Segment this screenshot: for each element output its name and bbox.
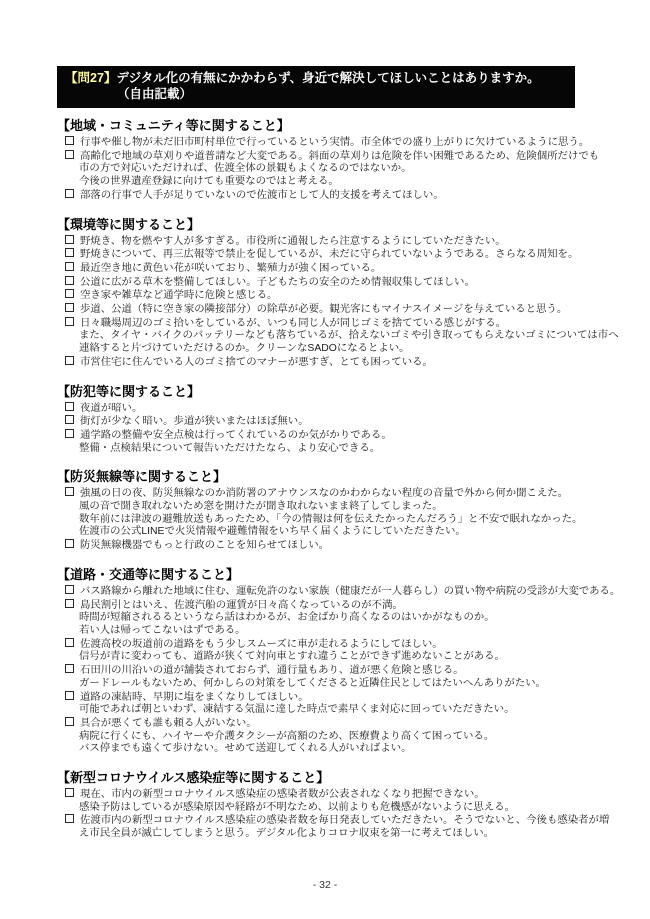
comment-line: 風の音で聞き取れないため窓を開けたが聞き取れないまま終了してしまった。 <box>57 501 597 514</box>
comment-line: 整備・点検結果について報告いただけたなら、より安心できる。 <box>57 443 597 456</box>
comment-text: 現在、市内の新型コロナウイルス感染症の感染者数が公表されなくなり把握できない。 <box>80 789 485 800</box>
comment-line: 強風の日の夜、防災無線なのか消防署のアナウンスなのかわからない程度の音量で外から… <box>57 487 597 501</box>
comment-line: 具合が悪くても誰も頼る人がいない。 <box>57 717 597 731</box>
comment-text: 道路の凍結時、早期に塩をまくなりしてほしい。 <box>80 692 309 703</box>
comment-item: 部落の行事で人手が足りていないので佐渡市として人的支援を考えてほしい。 <box>57 189 597 203</box>
checkbox-icon <box>65 235 74 244</box>
checkbox-icon <box>65 189 74 198</box>
checkbox-icon <box>65 487 74 496</box>
comment-item: 佐渡高校の坂道前の道路をもう少しスムーズに車が走れるようにしてほしい。信号が青に… <box>57 638 597 664</box>
checkbox-icon <box>65 585 74 594</box>
comment-line: 数年前には津波の避難放送もあったため、「今の情報は何を伝えたかったんだろう」と不… <box>57 514 597 527</box>
comment-text: 通学路の整備や安全点検は行ってくれているのか気がかりである。 <box>80 430 392 441</box>
comment-line: 野焼きについて、再三広報等で禁止を促しているが、未だに守られていないようである。… <box>57 248 597 262</box>
comment-item: 野焼き、物を燃やす人が多すぎる。市役所に通報したら注意するようにしていただきたい… <box>57 235 597 249</box>
comment-text: 時間が短縮されるるというなら話はわかるが、お金ばかり高くなるのはいかがなものか。 <box>79 612 495 623</box>
question-subtitle: （自由記載） <box>65 87 567 103</box>
section-heading: 【地域・コミュニティ等に関すること】 <box>57 118 597 133</box>
section-heading: 【環境等に関すること】 <box>57 217 597 232</box>
comment-text: 高齢化で地域の草刈りや道普請など大変である。斜面の草刈りは危険を伴い困難であるた… <box>80 151 599 162</box>
comment-item: 通学路の整備や安全点検は行ってくれているのか気がかりである。整備・点検結果につい… <box>57 429 597 455</box>
comment-item: 日々職場周辺のゴミ拾いをしているが、いつも同じ人が同じゴミを捨てている感じがする… <box>57 317 597 356</box>
comment-text: 信号が青に変わっても、道路が狭くて対向車とすれ違うことができず進めないことがある… <box>79 651 505 662</box>
comment-text: ガードレールもないため、何かしらの対策をしてくださると近隣住民としてはたいへんあ… <box>79 678 546 689</box>
comment-text: 病院に行くにも、ハイヤーや介護タクシーが高額のため、医療費より高くて困っている。 <box>79 731 494 742</box>
comment-line: 道路の凍結時、早期に塩をまくなりしてほしい。 <box>57 691 597 705</box>
comment-line: バス路線から離れた地域に住む、運転免許のない家族（健康だが一人暮らし）の買い物や… <box>57 585 597 599</box>
comment-line: 信号が青に変わっても、道路が狭くて対向車とすれ違うことができず進めないことがある… <box>57 651 597 664</box>
checkbox-icon <box>65 303 74 312</box>
comment-line: 市の方で対応いただければ、佐渡全体の景観もよくなるのではないか。 <box>57 163 597 176</box>
topic-section: 【環境等に関すること】野焼き、物を燃やす人が多すぎる。市役所に通報したら注意する… <box>57 217 597 370</box>
comment-item: 現在、市内の新型コロナウイルス感染症の感染者数が公表されなくなり把握できない。感… <box>57 788 597 814</box>
comment-line: 感染予防はしているが感染原因や経路が不明なため、以前よりも危機感がないように思え… <box>57 802 597 815</box>
comment-line: 通学路の整備や安全点検は行ってくれているのか気がかりである。 <box>57 429 597 443</box>
comment-line: 公道に広がる草木を整備してほしい。子どもたちの安全のため情報収集してほしい。 <box>57 276 597 290</box>
comment-text: 佐渡市内の新型コロナウイルス感染症の感染者数を毎日発表していただきたい。そうでな… <box>80 815 609 826</box>
comment-line: 防災無線機器でもっと行政のことを知らせてほしい。 <box>57 539 597 553</box>
comment-line: 若い人は帰ってこないはずである。 <box>57 625 597 638</box>
comment-item: 行事や催し物が未だ旧市町村単位で行っているという実情。市全体での盛り上がりに欠け… <box>57 136 597 150</box>
comment-line: 行事や催し物が未だ旧市町村単位で行っているという実情。市全体での盛り上がりに欠け… <box>57 136 597 150</box>
comment-text: 可能であれば朝といわず、凍結する気温に達した時点で素早くま対応に回っていただきた… <box>79 704 515 715</box>
comment-item: 野焼きについて、再三広報等で禁止を促しているが、未だに守られていないようである。… <box>57 248 597 262</box>
comment-text: 市の方で対応いただければ、佐渡全体の景観もよくなるのではないか。 <box>79 163 412 174</box>
sections-container: 【地域・コミュニティ等に関すること】行事や催し物が未だ旧市町村単位で行っていると… <box>57 118 597 841</box>
comment-line: 連絡すると片づけていただけるのか。クリーンなSADOになるとよい。 <box>57 343 597 356</box>
comment-text: 強風の日の夜、防災無線なのか消防署のアナウンスなのかわからない程度の音量で外から… <box>80 488 568 499</box>
comment-text: 野焼き、物を燃やす人が多すぎる。市役所に通報したら注意するようにしていただきたい… <box>80 236 506 247</box>
comment-item: 夜道が暗い。 <box>57 402 597 416</box>
comment-text: 防災無線機器でもっと行政のことを知らせてほしい。 <box>80 540 329 551</box>
question-number: 【問27】 <box>65 71 116 85</box>
comment-item: 具合が悪くても誰も頼る人がいない。病院に行くにも、ハイヤーや介護タクシーが高額の… <box>57 717 597 756</box>
comment-text: また、タイヤ・バイクのバッテリーなども落ちているが、拾えないゴミや引き取ってもら… <box>79 330 619 341</box>
comment-line: 部落の行事で人手が足りていないので佐渡市として人的支援を考えてほしい。 <box>57 189 597 203</box>
comment-line: 可能であれば朝といわず、凍結する気温に達した時点で素早くま対応に回っていただきた… <box>57 704 597 717</box>
checkbox-icon <box>65 691 74 700</box>
comment-line: 日々職場周辺のゴミ拾いをしているが、いつも同じ人が同じゴミを捨てている感じがする… <box>57 317 597 331</box>
comment-line: 今後の世界遺産登録に向けても重要なのではと考える。 <box>57 176 597 189</box>
comment-line: 佐渡市内の新型コロナウイルス感染症の感染者数を毎日発表していただきたい。そうでな… <box>57 814 597 828</box>
comment-text: 整備・点検結果について報告いただけたなら、より安心できる。 <box>79 443 380 454</box>
comment-item: 空き家や雑草など通学時に危険と感じる。 <box>57 289 597 303</box>
checkbox-icon <box>65 150 74 159</box>
comment-text: 数年前には津波の避難放送もあったため、「今の情報は何を伝えたかったんだろう」と不… <box>79 514 582 525</box>
comment-text: 佐渡市の公式LINEで火災情報や避難情報をいち早く届くようにしていただきたい。 <box>79 526 466 537</box>
checkbox-icon <box>65 262 74 271</box>
comment-line: 最近空き地に黄色い花が咲いており、繁殖力が強く困っている。 <box>57 262 597 276</box>
section-heading: 【防犯等に関すること】 <box>57 384 597 399</box>
comment-line: 島民割引とはいえ、佐渡汽船の運賃が日々高くなっているのが不満。 <box>57 599 597 613</box>
comment-line: 野焼き、物を燃やす人が多すぎる。市役所に通報したら注意するようにしていただきたい… <box>57 235 597 249</box>
page-number: - 32 - <box>0 879 650 891</box>
topic-section: 【新型コロナウイルス感染症等に関すること】現在、市内の新型コロナウイルス感染症の… <box>57 770 597 841</box>
comment-item: 道路の凍結時、早期に塩をまくなりしてほしい。可能であれば朝といわず、凍結する気温… <box>57 691 597 717</box>
comment-line: 病院に行くにも、ハイヤーや介護タクシーが高額のため、医療費より高くて困っている。 <box>57 731 597 744</box>
comment-line: 時間が短縮されるるというなら話はわかるが、お金ばかり高くなるのはいかがなものか。 <box>57 612 597 625</box>
checkbox-icon <box>65 664 74 673</box>
comment-item: 公道に広がる草木を整備してほしい。子どもたちの安全のため情報収集してほしい。 <box>57 276 597 290</box>
checkbox-icon <box>65 788 74 797</box>
checkbox-icon <box>65 814 74 823</box>
question-title: デジタル化の有無にかかわらず、身近で解決してほしいことはありますか。 <box>116 71 539 85</box>
comment-text: 具合が悪くても誰も頼る人がいない。 <box>80 718 257 729</box>
comment-item: 歩道、公道（特に空き家の隣接部分）の除草が必要。観光客にもマイナスイメージを与え… <box>57 303 597 317</box>
topic-section: 【道路・交通等に関すること】バス路線から離れた地域に住む、運転免許のない家族（健… <box>57 567 597 756</box>
comment-text: 島民割引とはいえ、佐渡汽船の運賃が日々高くなっているのが不満。 <box>80 600 403 611</box>
comment-line: 街灯が少なく暗い。歩道が狭いまたはほぼ無い。 <box>57 415 597 429</box>
section-heading: 【防災無線等に関すること】 <box>57 469 597 484</box>
comment-text: 公道に広がる草木を整備してほしい。子どもたちの安全のため情報収集してほしい。 <box>80 277 475 288</box>
comment-item: 市営住宅に住んでいる人のゴミ捨てのマナーが悪すぎ、とても困っている。 <box>57 356 597 370</box>
checkbox-icon <box>65 276 74 285</box>
document-page: 【問27】デジタル化の有無にかかわらず、身近で解決してほしいことはありますか。 … <box>0 0 650 919</box>
checkbox-icon <box>65 248 74 257</box>
comment-text: 市営住宅に住んでいる人のゴミ捨てのマナーが悪すぎ、とても困っている。 <box>80 357 433 368</box>
comment-text: 若い人は帰ってこないはずである。 <box>79 625 246 636</box>
topic-section: 【防災無線等に関すること】強風の日の夜、防災無線なのか消防署のアナウンスなのかわ… <box>57 469 597 553</box>
comment-line: え市民全員が滅亡してしまうと思う。デジタル化よりコロナ収束を第一に考えてほしい。 <box>57 828 597 841</box>
comment-line: 現在、市内の新型コロナウイルス感染症の感染者数が公表されなくなり把握できない。 <box>57 788 597 802</box>
comment-text: 佐渡高校の坂道前の道路をもう少しスムーズに車が走れるようにしてほしい。 <box>80 639 443 650</box>
question-title-line: 【問27】デジタル化の有無にかかわらず、身近で解決してほしいことはありますか。 <box>65 71 567 87</box>
comment-line: 夜道が暗い。 <box>57 402 597 416</box>
comment-line: 石田川の川沿いの道が舗装されておらず、通行量もあり、道が悪く危険と感じる。 <box>57 664 597 678</box>
comment-item: 島民割引とはいえ、佐渡汽船の運賃が日々高くなっているのが不満。時間が短縮されるる… <box>57 599 597 638</box>
checkbox-icon <box>65 415 74 424</box>
comment-text: 部落の行事で人手が足りていないので佐渡市として人的支援を考えてほしい。 <box>80 190 444 201</box>
checkbox-icon <box>65 539 74 548</box>
comment-item: バス路線から離れた地域に住む、運転免許のない家族（健康だが一人暮らし）の買い物や… <box>57 585 597 599</box>
comment-text: 街灯が少なく暗い。歩道が狭いまたはほぼ無い。 <box>80 416 309 427</box>
comment-text: 石田川の川沿いの道が舗装されておらず、通行量もあり、道が悪く危険と感じる。 <box>80 665 464 676</box>
checkbox-icon <box>65 356 74 365</box>
comment-text: 行事や催し物が未だ旧市町村単位で行っているという実情。市全体での盛り上がりに欠け… <box>80 137 589 148</box>
comment-line: また、タイヤ・バイクのバッテリーなども落ちているが、拾えないゴミや引き取ってもら… <box>57 330 597 343</box>
comment-item: 強風の日の夜、防災無線なのか消防署のアナウンスなのかわからない程度の音量で外から… <box>57 487 597 539</box>
comment-text: 野焼きについて、再三広報等で禁止を促しているが、未だに守られていないようである。… <box>80 249 578 260</box>
question-header: 【問27】デジタル化の有無にかかわらず、身近で解決してほしいことはありますか。 … <box>57 66 575 108</box>
comment-line: 佐渡高校の坂道前の道路をもう少しスムーズに車が走れるようにしてほしい。 <box>57 638 597 652</box>
comment-line: 市営住宅に住んでいる人のゴミ捨てのマナーが悪すぎ、とても困っている。 <box>57 356 597 370</box>
topic-section: 【防犯等に関すること】夜道が暗い。街灯が少なく暗い。歩道が狭いまたはほぼ無い。通… <box>57 384 597 456</box>
comment-item: 街灯が少なく暗い。歩道が狭いまたはほぼ無い。 <box>57 415 597 429</box>
comment-item: 最近空き地に黄色い花が咲いており、繁殖力が強く困っている。 <box>57 262 597 276</box>
section-heading: 【道路・交通等に関すること】 <box>57 567 597 582</box>
comment-text: え市民全員が滅亡してしまうと思う。デジタル化よりコロナ収束を第一に考えてほしい。 <box>79 828 494 839</box>
comment-item: 佐渡市内の新型コロナウイルス感染症の感染者数を毎日発表していただきたい。そうでな… <box>57 814 597 840</box>
comment-text: バス停までも遠くて歩けない。せめて送迎してくれる人がいればよい。 <box>79 743 412 754</box>
checkbox-icon <box>65 638 74 647</box>
comment-line: 歩道、公道（特に空き家の隣接部分）の除草が必要。観光客にもマイナスイメージを与え… <box>57 303 597 317</box>
comment-text: 風の音で聞き取れないため窓を開けたが聞き取れないまま終了してしまった。 <box>79 501 443 512</box>
section-heading: 【新型コロナウイルス感染症等に関すること】 <box>57 770 597 785</box>
comment-item: 石田川の川沿いの道が舗装されておらず、通行量もあり、道が悪く危険と感じる。ガード… <box>57 664 597 690</box>
comment-line: バス停までも遠くて歩けない。せめて送迎してくれる人がいればよい。 <box>57 743 597 756</box>
comment-text: バス路線から離れた地域に住む、運転免許のない家族（健康だが一人暮らし）の買い物や… <box>80 586 620 597</box>
comment-text: 最近空き地に黄色い花が咲いており、繁殖力が強く困っている。 <box>80 263 381 274</box>
comment-line: 高齢化で地域の草刈りや道普請など大変である。斜面の草刈りは危険を伴い困難であるた… <box>57 150 597 164</box>
checkbox-icon <box>65 717 74 726</box>
comment-text: 連絡すると片づけていただけるのか。クリーンなSADOになるとよい。 <box>79 343 410 354</box>
comment-text: 今後の世界遺産登録に向けても重要なのではと考える。 <box>79 176 339 187</box>
comment-line: 空き家や雑草など通学時に危険と感じる。 <box>57 289 597 303</box>
checkbox-icon <box>65 429 74 438</box>
checkbox-icon <box>65 402 74 411</box>
comment-text: 日々職場周辺のゴミ拾いをしているが、いつも同じ人が同じゴミを捨てている感じがする… <box>80 318 506 329</box>
comment-text: 歩道、公道（特に空き家の隣接部分）の除草が必要。観光客にもマイナスイメージを与え… <box>80 304 567 315</box>
checkbox-icon <box>65 317 74 326</box>
comment-text: 空き家や雑草など通学時に危険と感じる。 <box>80 290 277 301</box>
checkbox-icon <box>65 599 74 608</box>
topic-section: 【地域・コミュニティ等に関すること】行事や催し物が未だ旧市町村単位で行っていると… <box>57 118 597 203</box>
comment-text: 感染予防はしているが感染原因や経路が不明なため、以前よりも危機感がないように思え… <box>79 802 515 813</box>
comment-item: 高齢化で地域の草刈りや道普請など大変である。斜面の草刈りは危険を伴い困難であるた… <box>57 150 597 189</box>
comment-text: 夜道が暗い。 <box>80 403 142 414</box>
checkbox-icon <box>65 136 74 145</box>
comment-line: ガードレールもないため、何かしらの対策をしてくださると近隣住民としてはたいへんあ… <box>57 678 597 691</box>
comment-line: 佐渡市の公式LINEで火災情報や避難情報をいち早く届くようにしていただきたい。 <box>57 526 597 539</box>
checkbox-icon <box>65 289 74 298</box>
comment-item: 防災無線機器でもっと行政のことを知らせてほしい。 <box>57 539 597 553</box>
